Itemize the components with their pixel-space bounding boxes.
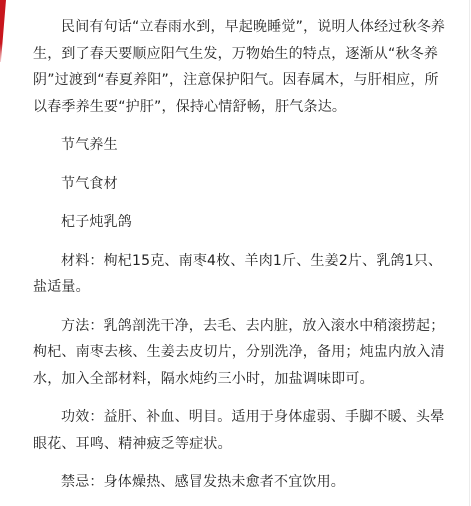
recipe-contraindications: 禁忌：身体燥热、感冒发热未愈者不宜饮用。 xyxy=(33,469,451,496)
section-heading-solar-term-ingredients: 节气食材 xyxy=(33,171,451,198)
recipe-title: 杞子炖乳鸽 xyxy=(33,209,451,236)
recipe-ingredients: 材料：枸杞15克、南枣4枚、羊肉1斤、生姜2片、乳鸽1只、盐适量。 xyxy=(33,248,451,301)
section-heading-solar-term-health: 节气养生 xyxy=(33,132,451,159)
article-body: 民间有句话“立春雨水到，早起晚睡觉”，说明人体经过秋冬养生，到了春天要顺应阳气生… xyxy=(33,14,451,496)
right-border-line xyxy=(469,0,470,506)
red-accent-bar xyxy=(0,0,6,62)
intro-paragraph: 民间有句话“立春雨水到，早起晚睡觉”，说明人体经过秋冬养生，到了春天要顺应阳气生… xyxy=(33,14,451,120)
recipe-benefits: 功效：益肝、补血、明目。适用于身体虚弱、手脚不暖、头晕眼花、耳鸣、精神疲乏等症状… xyxy=(33,404,451,457)
recipe-method: 方法：乳鸽剖洗干净，去毛、去内脏，放入滚水中稍滚捞起；枸杞、南枣去核、生姜去皮切… xyxy=(33,313,451,393)
